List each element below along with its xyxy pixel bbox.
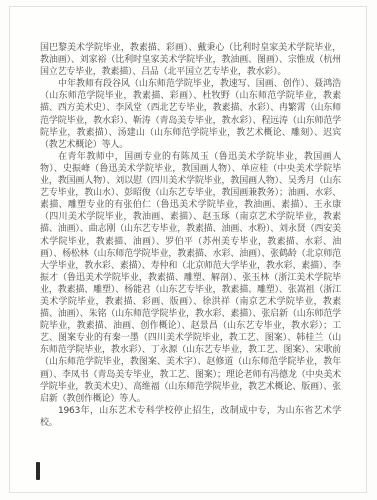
spine-ink-mark [36,462,40,480]
paragraph-middle-aged-teachers: 中年教师有段谷风（山东师范学院毕业，教速写、国画、创作）、聂鸿浩（山东师范学院毕… [40,78,341,151]
scanned-document-page: 国巴黎美术学院毕业，教素描、彩画）、戴秉心（比利时皇家美术学院毕业，教油画）、刘… [0,0,377,500]
paragraph-1963-closing: 1963年，山东艺术专科学校停止招生，改制成中专，为山东省艺术学校。 [40,405,341,429]
body-text-block: 国巴黎美术学院毕业，教素描、彩画）、戴秉心（比利时皇家美术学院毕业，教油画）、刘… [40,42,341,429]
paragraph-continuation: 国巴黎美术学院毕业，教素描、彩画）、戴秉心（比利时皇家美术学院毕业，教油画）、刘… [40,42,341,78]
paragraph-young-teachers: 在青年教师中，国画专业的有陈凤玉（鲁迅美术学院毕业，教国画人物）、史振峰（鲁迅美… [40,151,341,405]
